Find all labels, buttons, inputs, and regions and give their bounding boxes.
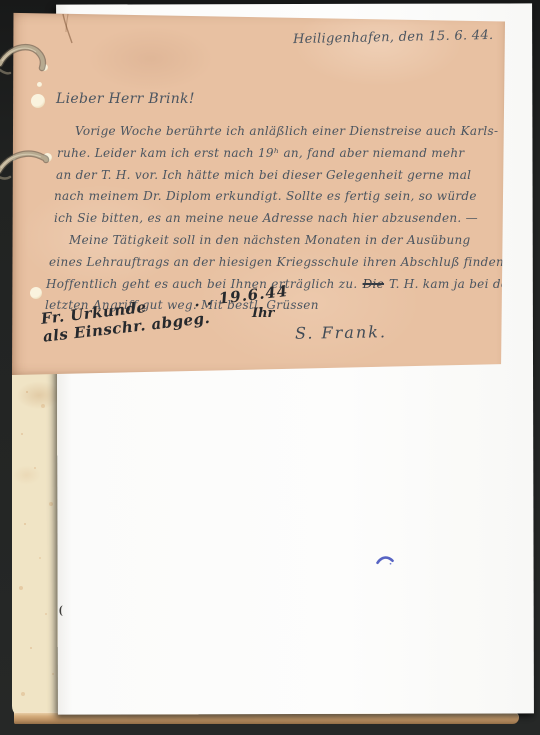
letter-body-line: an der T. H. vor. Ich hätte mich bei die… xyxy=(56,165,509,187)
line-segment: Hoffentlich geht es auch bei Ihnen erträ… xyxy=(46,277,358,291)
pen-speck: ( xyxy=(59,605,63,618)
letter-dateline: Heiligenhafen, den 15. 6. 44. xyxy=(292,28,493,47)
letter-body-line: Vorige Woche berührte ich anläßlich eine… xyxy=(75,121,509,143)
scan-background: ( Heiligenhafen, den 15. 6. 44. Lieber H… xyxy=(0,0,540,735)
strikethrough-word: Die xyxy=(363,277,384,291)
letter-body-line: Meine Tätigkeit soll in den nächsten Mon… xyxy=(69,230,509,252)
letter-signature: S. Frank. xyxy=(295,322,387,343)
binding-threads xyxy=(0,40,60,180)
letter-body-line: nach meinem Dr. Diplom erkundigt. Sollte… xyxy=(54,186,509,208)
letter-body-line: eines Lehrauftrags an der hiesigen Krieg… xyxy=(49,252,509,274)
letter-paper: Heiligenhafen, den 15. 6. 44. Lieber Her… xyxy=(12,11,507,375)
blue-ink-mark xyxy=(375,553,397,569)
letter-body-line: ich Sie bitten, es an meine neue Adresse… xyxy=(54,208,509,230)
letter-salutation: Lieber Herr Brink! xyxy=(56,91,195,107)
letter-closing: Ihr xyxy=(252,306,274,321)
binding-thread-top xyxy=(0,47,43,73)
line-segment: T. H. kam ja bei dem xyxy=(389,277,520,291)
punch-hole xyxy=(30,287,42,299)
binding-thread-bottom xyxy=(0,154,46,179)
letter-body-line: ruhe. Leider kam ich erst nach 19ʰ an, f… xyxy=(57,143,509,165)
album-page-edge xyxy=(12,371,61,718)
